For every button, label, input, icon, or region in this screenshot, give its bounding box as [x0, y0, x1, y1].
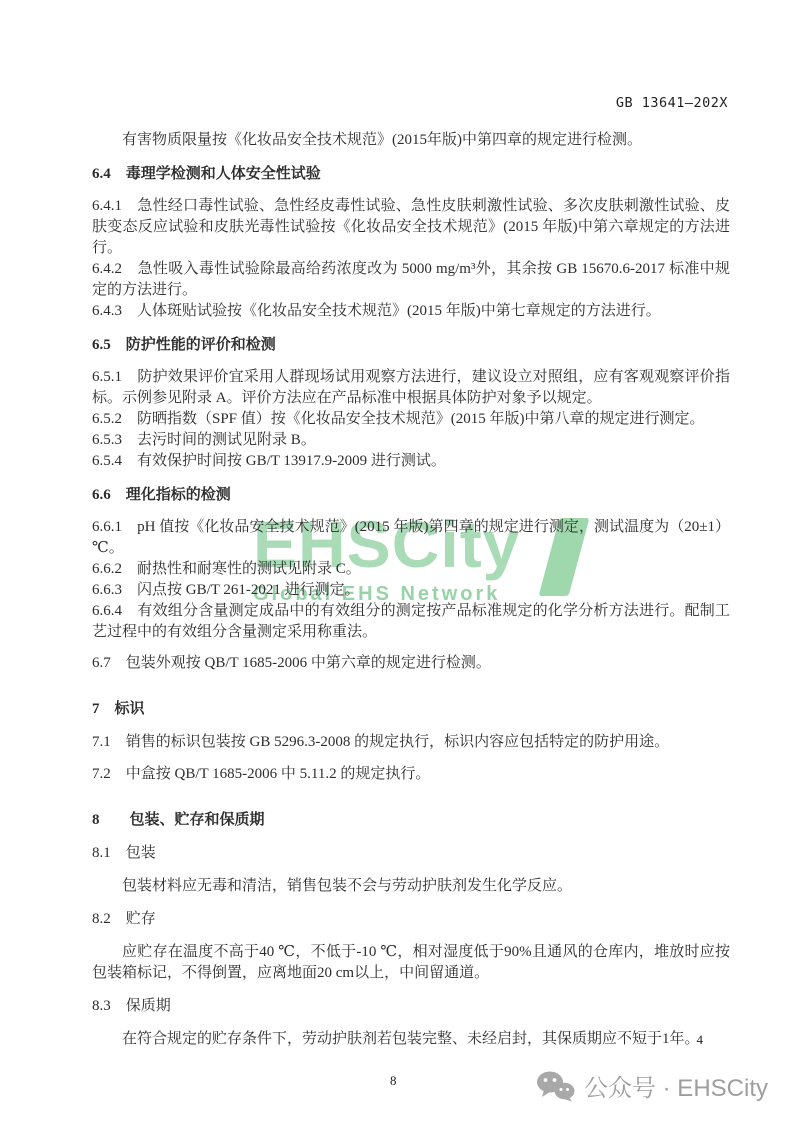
clause-heading-6-6: 6.6 理化指标的检测: [92, 485, 730, 506]
wechat-logo-icon: [536, 1070, 576, 1102]
clause-6-6-3: 6.6.3 闪点按 GB/T 261-2021 进行测定。: [92, 580, 730, 601]
clause-heading-8-3: 8.3 保质期: [92, 996, 730, 1017]
clause-heading-6-5: 6.5 防护性能的评价和检测: [92, 335, 730, 356]
standard-code-header: GB 13641—202X: [616, 95, 728, 111]
clause-6-6-2: 6.6.2 耐热性和耐寒性的测试见附录 C。: [92, 559, 730, 580]
section-heading-8: 8 包装、贮存和保质期: [92, 810, 730, 831]
clause-6-6-1: 6.6.1 pH 值按《化妆品安全技术规范》(2015 年版)第四章的规定进行测…: [92, 517, 730, 559]
page-number-outer: 8: [390, 1073, 397, 1089]
clause-6-5-2: 6.5.2 防晒指数（SPF 值）按《化妆品安全技术规范》(2015 年版)中第…: [92, 409, 730, 430]
clause-heading-6-4: 6.4 毒理学检测和人体安全性试验: [92, 164, 730, 185]
clause-7-2: 7.2 中盒按 QB/T 1685-2006 中 5.11.2 的规定执行。: [92, 764, 730, 785]
clause-8-2-paragraph: 应贮存在温度不高于40 ℃，不低于-10 ℃，相对湿度低于90%且通风的仓库内，…: [92, 942, 730, 984]
wechat-footer-badge: 公众号 · EHSCity: [536, 1068, 768, 1103]
page-number-inner: 4: [697, 1032, 704, 1048]
clause-8-1-paragraph: 包装材料应无毒和清洁，销售包装不会与劳动护肤剂发生化学反应。: [92, 876, 730, 897]
clause-heading-8-2: 8.2 贮存: [92, 909, 730, 930]
clause-6-4-1: 6.4.1 急性经口毒性试验、急性经皮毒性试验、急性皮肤刺激性试验、多次皮肤刺激…: [92, 196, 730, 259]
clause-8-3-paragraph: 在符合规定的贮存条件下，劳动护肤剂若包装完整、未经启封，其保质期应不短于1年。: [92, 1029, 730, 1050]
document-page: GB 13641—202X EHSCity Global EHS Network…: [0, 0, 794, 1123]
clause-7-1: 7.1 销售的标识包装按 GB 5296.3-2008 的规定执行，标识内容应包…: [92, 732, 730, 753]
clause-heading-8-1: 8.1 包装: [92, 843, 730, 864]
clause-6-6-4: 6.6.4 有效组分含量测定成品中的有效组分的测定按产品标准规定的化学分析方法进…: [92, 601, 730, 643]
clause-6-5-4: 6.5.4 有效保护时间按 GB/T 13917.9-2009 进行测试。: [92, 451, 730, 472]
clause-6-5-3: 6.5.3 去污时间的测试见附录 B。: [92, 430, 730, 451]
clause-6-4-2: 6.4.2 急性吸入毒性试验除最高给药浓度改为 5000 mg/m³外，其余按 …: [92, 259, 730, 301]
intro-paragraph: 有害物质限量按《化妆品安全技术规范》(2015年版)中第四章的规定进行检测。: [92, 130, 730, 151]
clause-6-7: 6.7 包装外观按 QB/T 1685-2006 中第六章的规定进行检测。: [92, 653, 730, 674]
wechat-caption: 公众号 · EHSCity: [584, 1068, 768, 1103]
section-heading-7: 7 标识: [92, 699, 730, 720]
document-body: 有害物质限量按《化妆品安全技术规范》(2015年版)中第四章的规定进行检测。 6…: [92, 130, 730, 1050]
clause-6-5-1: 6.5.1 防护效果评价宜采用人群现场试用观察方法进行，建议设立对照组，应有客观…: [92, 367, 730, 409]
clause-6-4-3: 6.4.3 人体斑贴试验按《化妆品安全技术规范》(2015 年版)中第七章规定的…: [92, 301, 730, 322]
